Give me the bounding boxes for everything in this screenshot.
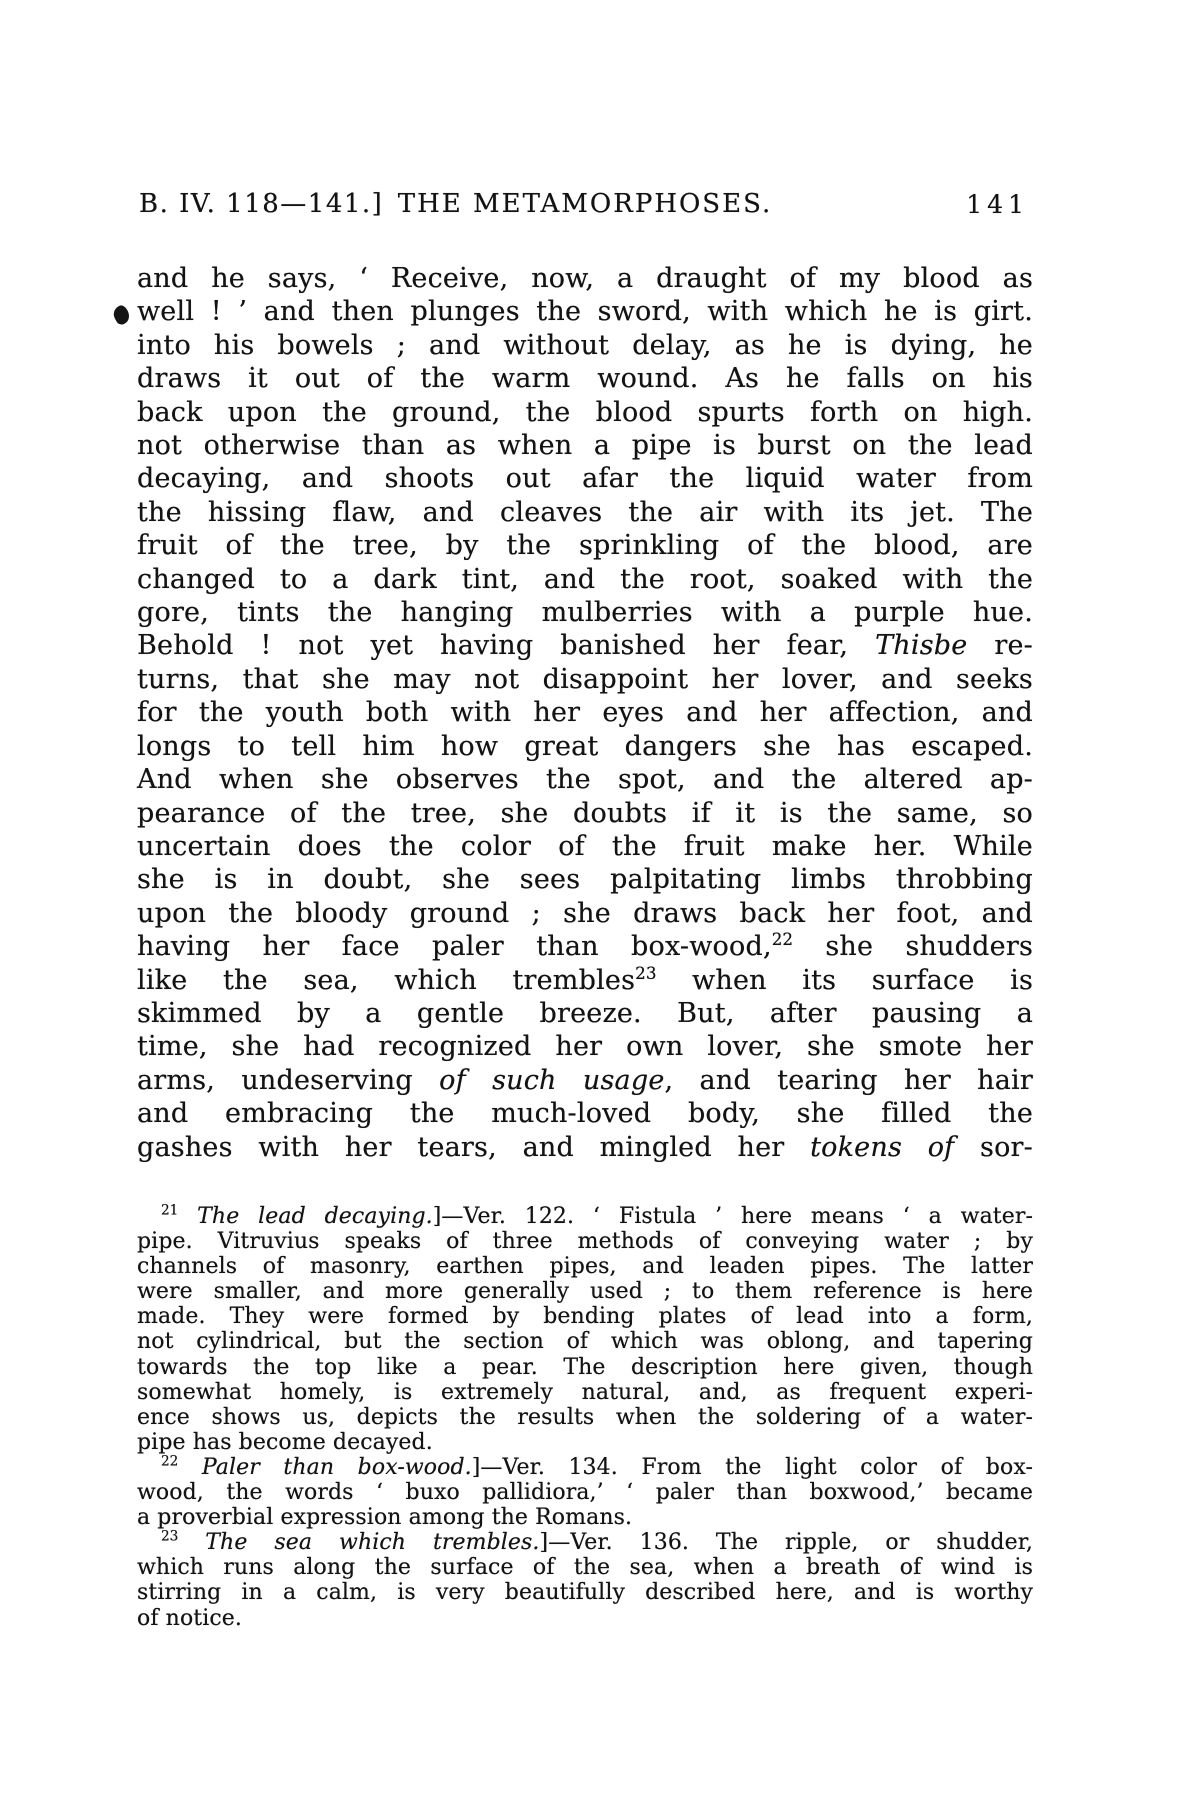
text-line: 23 The sea which trembles.]—Ver. 136. Th…: [137, 1530, 1033, 1555]
text-line: wood, the words ‘ buxo pallidiora,’ ‘ pa…: [137, 1480, 1033, 1505]
text-run: And when she observes the spot, and the …: [137, 764, 1033, 795]
text-run: back upon the ground, the blood spurts f…: [137, 397, 1033, 428]
text-run: not otherwise than as when a pipe is bur…: [137, 430, 1033, 461]
footnote-reference: 22: [161, 1454, 178, 1470]
footnotes: 21 The lead decaying.]—Ver. 122. ‘ Fistu…: [137, 1204, 1033, 1631]
text-run: gore, tints the hanging mulberries with …: [137, 597, 1033, 628]
text-line: decaying, and shoots out afar the liquid…: [137, 462, 1033, 495]
text-line: pipe. Vitruvius speaks of three methods …: [137, 1229, 1033, 1254]
italic-text: The sea which trembles.: [205, 1530, 539, 1555]
text-run: not cylindrical, but the section of whic…: [137, 1329, 1033, 1354]
text-line: not cylindrical, but the section of whic…: [137, 1329, 1033, 1354]
text-run: longs to tell him how great dangers she …: [137, 731, 1033, 762]
text-line: pearance of the tree, she doubts if it i…: [137, 797, 1033, 830]
text-run: time, she had recognized her own lover, …: [137, 1031, 1033, 1062]
footnote-reference: 23: [635, 963, 656, 983]
text-run: ]—Ver. 136. The ripple, or shudder,: [540, 1530, 1033, 1555]
text-line: And when she observes the spot, and the …: [137, 763, 1033, 796]
text-run: , and tearing her hair: [665, 1065, 1034, 1096]
text-run: fruit of the tree, by the sprinkling of …: [137, 530, 1033, 561]
text-run: pipe. Vitruvius speaks of three methods …: [137, 1229, 1033, 1254]
italic-text: The lead decaying.: [197, 1204, 433, 1229]
italic-text: Paler than box-wood.: [202, 1455, 472, 1480]
italic-text: tokens of: [810, 1132, 954, 1163]
text-run: were smaller, and more generally used ; …: [137, 1279, 1033, 1304]
text-line: having her face paler than box-wood,22 s…: [137, 930, 1033, 963]
text-line: and he says, ‘ Receive, now, a draught o…: [137, 262, 1033, 295]
text-line: gore, tints the hanging mulberries with …: [137, 596, 1033, 629]
text-line: fruit of the tree, by the sprinkling of …: [137, 529, 1033, 562]
text-line: of notice.: [137, 1606, 1033, 1631]
text-run: made. They were formed by bending plates…: [137, 1304, 1033, 1329]
text-run: pearance of the tree, she doubts if it i…: [137, 798, 1033, 829]
text-line: and embracing the much-loved body, she f…: [137, 1097, 1033, 1130]
text-line: arms, undeserving of such usage, and tea…: [137, 1064, 1033, 1097]
text-run: the hissing flaw, and cleaves the air wi…: [137, 497, 1033, 528]
text-run: and embracing the much-loved body, she f…: [137, 1098, 1033, 1129]
text-line: into his bowels ; and without delay, as …: [137, 329, 1033, 362]
text-run: somewhat homely, is extremely natural, a…: [137, 1380, 1033, 1405]
footnote-reference: 23: [161, 1529, 178, 1545]
header-page-number: 141: [966, 190, 1029, 219]
text-line: somewhat homely, is extremely natural, a…: [137, 1380, 1033, 1405]
text-run: [178, 1455, 202, 1480]
text-run: sor-: [954, 1132, 1033, 1163]
text-run: she shudders: [793, 931, 1033, 962]
text-run: arms, undeserving: [137, 1065, 439, 1096]
text-run: of notice.: [137, 1606, 242, 1631]
text-run: gashes with her tears, and mingled her: [137, 1132, 810, 1163]
text-line: 22 Paler than box-wood.]—Ver. 134. From …: [137, 1455, 1033, 1480]
text-line: turns, that she may not disappoint her l…: [137, 663, 1033, 696]
text-line: draws it out of the warm wound. As he fa…: [137, 362, 1033, 395]
text-line: which runs along the surface of the sea,…: [137, 1555, 1033, 1580]
text-run: wood, the words ‘ buxo pallidiora,’ ‘ pa…: [137, 1480, 1033, 1505]
text-line: for the youth both with her eyes and her…: [137, 696, 1033, 729]
text-line: well ! ’ and then plunges the sword, wit…: [137, 295, 1033, 328]
text-line: a proverbial expression among the Romans…: [137, 1505, 1033, 1530]
text-line: time, she had recognized her own lover, …: [137, 1030, 1033, 1063]
text-run: re-: [967, 630, 1033, 661]
text-run: and he says, ‘ Receive, now, a draught o…: [137, 263, 1033, 294]
text-line: like the sea, which trembles23 when its …: [137, 964, 1033, 997]
text-line: made. They were formed by bending plates…: [137, 1304, 1033, 1329]
text-run: well ! ’ and then plunges the sword, wit…: [137, 296, 1033, 327]
text-run: having her face paler than box-wood,: [137, 931, 772, 962]
text-run: a proverbial expression among the Romans…: [137, 1505, 632, 1530]
text-line: she is in doubt, she sees palpitating li…: [137, 863, 1033, 896]
text-run: into his bowels ; and without delay, as …: [137, 330, 1033, 361]
text-run: Behold ! not yet having banished her fea…: [137, 630, 875, 661]
text-run: decaying, and shoots out afar the liquid…: [137, 463, 1033, 494]
footnote-reference: 21: [161, 1203, 178, 1219]
text-line: Behold ! not yet having banished her fea…: [137, 629, 1033, 662]
text-line: back upon the ground, the blood spurts f…: [137, 396, 1033, 429]
footnote-reference: 22: [772, 929, 793, 949]
text-run: upon the bloody ground ; she draws back …: [137, 898, 1033, 929]
text-run: like the sea, which trembles: [137, 965, 635, 996]
book-page: B. IV. 118—141.] THE METAMORPHOSES. 141 …: [0, 0, 1183, 1815]
text-line: longs to tell him how great dangers she …: [137, 730, 1033, 763]
page-header: B. IV. 118—141.] THE METAMORPHOSES. 141: [137, 189, 1033, 223]
text-run: changed to a dark tint, and the root, so…: [137, 564, 1033, 595]
text-line: the hissing flaw, and cleaves the air wi…: [137, 496, 1033, 529]
italic-text: Thisbe: [875, 630, 967, 661]
italic-text: of such usage: [439, 1065, 664, 1096]
text-run: which runs along the surface of the sea,…: [137, 1555, 1033, 1580]
text-line: towards the top like a pear. The descrip…: [137, 1355, 1033, 1380]
header-book-verse-reference: B. IV. 118—141.]: [139, 189, 383, 219]
text-line: channels of masonry, earthen pipes, and …: [137, 1254, 1033, 1279]
text-line: not otherwise than as when a pipe is bur…: [137, 429, 1033, 462]
text-line: stirring in a calm, is very beautifully …: [137, 1580, 1033, 1605]
text-line: changed to a dark tint, and the root, so…: [137, 563, 1033, 596]
text-run: [178, 1204, 197, 1229]
text-run: uncertain does the color of the fruit ma…: [137, 831, 1033, 862]
text-line: upon the bloody ground ; she draws back …: [137, 897, 1033, 930]
text-run: for the youth both with her eyes and her…: [137, 697, 1033, 728]
text-line: uncertain does the color of the fruit ma…: [137, 830, 1033, 863]
text-line: gashes with her tears, and mingled her t…: [137, 1131, 1033, 1164]
text-run: ence shows us, depicts the results when …: [137, 1405, 1033, 1430]
text-run: draws it out of the warm wound. As he fa…: [137, 363, 1033, 394]
header-running-title: THE METAMORPHOSES.: [398, 189, 773, 219]
text-line: ence shows us, depicts the results when …: [137, 1405, 1033, 1430]
text-run: when its surface is: [656, 965, 1033, 996]
text-line: were smaller, and more generally used ; …: [137, 1279, 1033, 1304]
text-run: turns, that she may not disappoint her l…: [137, 664, 1033, 695]
text-run: ]—Ver. 122. ‘ Fistula ’ here means ‘ a w…: [433, 1204, 1033, 1229]
text-run: channels of masonry, earthen pipes, and …: [137, 1254, 1033, 1279]
body-text: and he says, ‘ Receive, now, a draught o…: [137, 262, 1033, 1164]
text-line: skimmed by a gentle breeze. But, after p…: [137, 997, 1033, 1030]
text-run: stirring in a calm, is very beautifully …: [137, 1580, 1033, 1605]
text-run: towards the top like a pear. The descrip…: [137, 1355, 1033, 1380]
text-run: she is in doubt, she sees palpitating li…: [137, 864, 1033, 895]
text-line: 21 The lead decaying.]—Ver. 122. ‘ Fistu…: [137, 1204, 1033, 1229]
text-run: [178, 1530, 205, 1555]
text-run: skimmed by a gentle breeze. But, after p…: [137, 998, 1033, 1029]
text-run: pipe has become decayed.: [137, 1430, 433, 1455]
text-run: ]—Ver. 134. From the light color of box-: [472, 1455, 1033, 1480]
text-line: pipe has become decayed.: [137, 1430, 1033, 1455]
ink-blot-mark: [111, 303, 133, 326]
